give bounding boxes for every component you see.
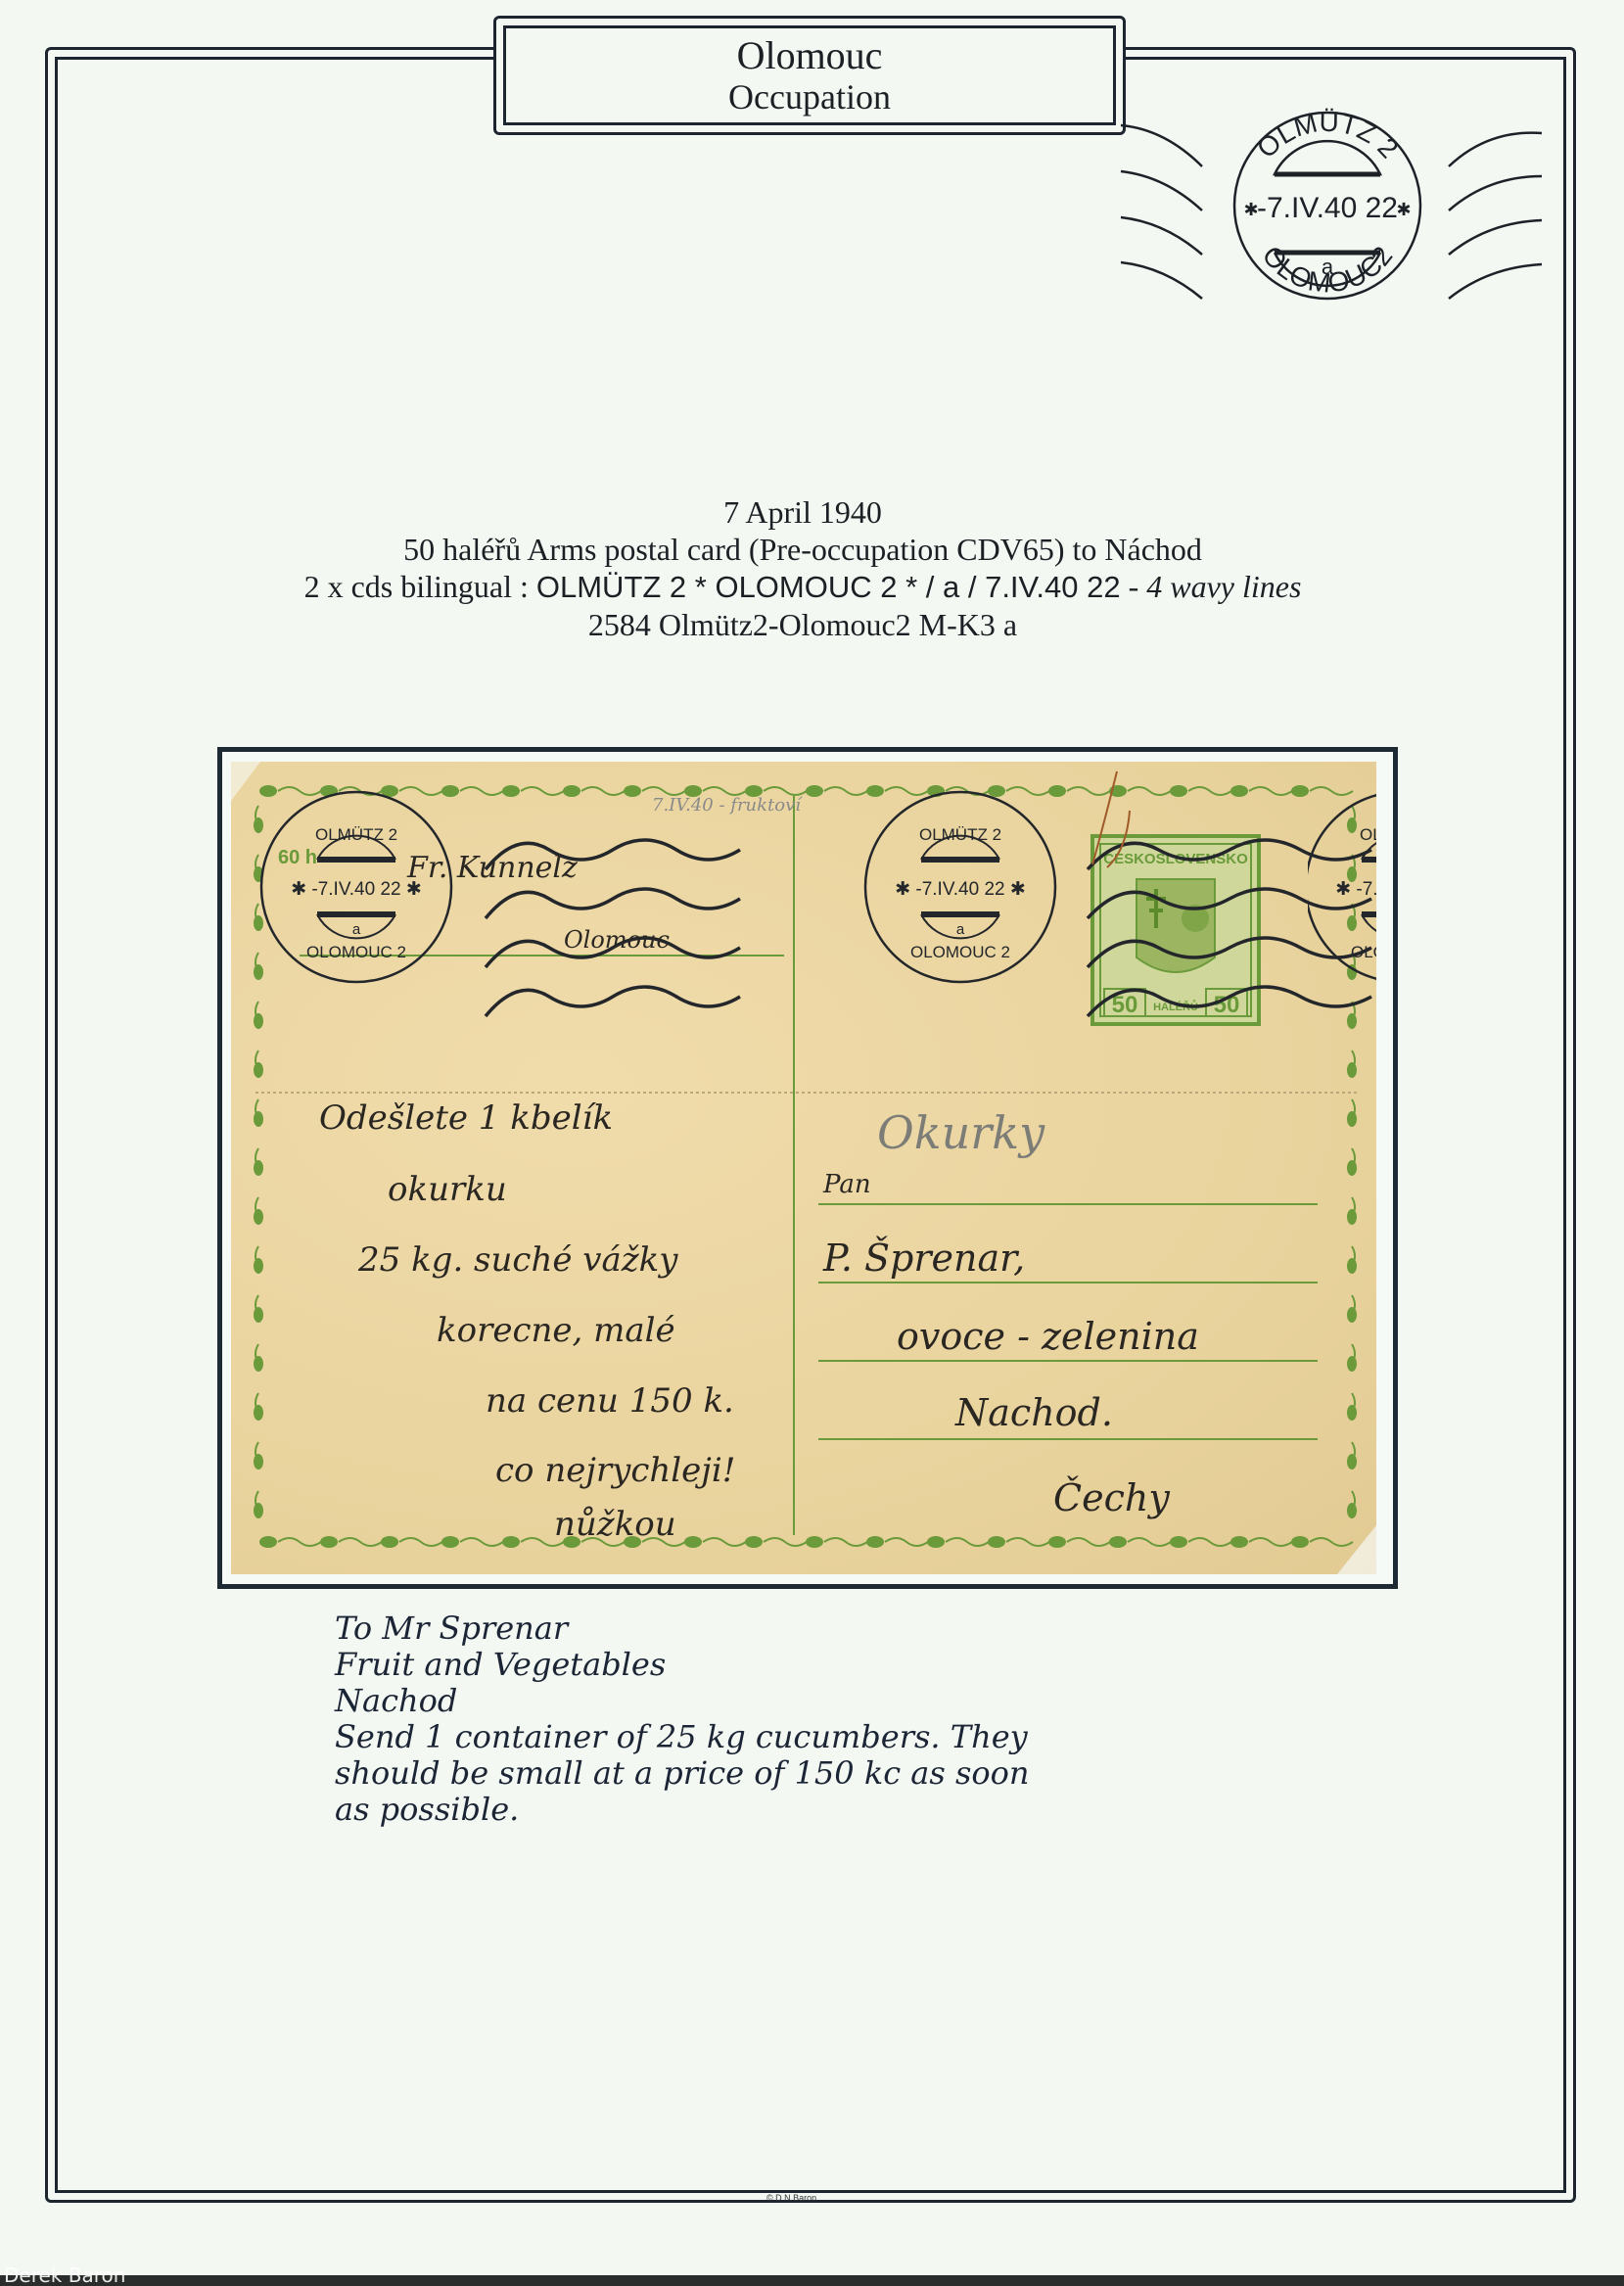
svg-text:okurku: okurku	[388, 1170, 507, 1209]
svg-text:nůžkou: nůžkou	[554, 1505, 676, 1544]
svg-text:OLOMOUC 2: OLOMOUC 2	[1351, 943, 1376, 961]
item-description: 7 April 1940 50 haléřů Arms postal card …	[98, 493, 1508, 643]
copyright: © D.N.Baron	[766, 2193, 816, 2203]
translation-line: Nachod	[335, 1683, 1216, 1719]
svg-text:60 h: 60 h	[278, 847, 317, 868]
description-date: 7 April 1940	[98, 493, 1508, 531]
svg-text:Olomouc: Olomouc	[564, 926, 670, 954]
svg-text:50: 50	[1214, 992, 1240, 1018]
svg-text:OLOMOUC 2: OLOMOUC 2	[910, 943, 1010, 961]
svg-text:a: a	[956, 921, 965, 938]
translation-line: Send 1 container of 25 kg cucumbers. The…	[335, 1719, 1216, 1755]
svg-text:OLOMOUC 2: OLOMOUC 2	[306, 943, 406, 961]
cds-cancel-center-icon: OLMÜTZ 2✱ -7.IV.40 22 ✱aOLOMOUC 2	[865, 792, 1055, 982]
svg-text:7.IV.40 - fruktoví: 7.IV.40 - fruktoví	[652, 795, 803, 816]
postal-card: 60 h ČESKOSLOVENSKO 50 50 HALÉŘŮ OLMÜTZ …	[231, 762, 1376, 1574]
svg-text:P. Šprenar,: P. Šprenar,	[822, 1236, 1025, 1280]
svg-text:-7.IV.40 22: -7.IV.40 22	[1257, 192, 1398, 224]
translation-line: should be small at a price of 150 kc as …	[335, 1755, 1216, 1792]
svg-text:korecne, malé: korecne, malé	[437, 1311, 675, 1350]
svg-text:Okurky: Okurky	[877, 1106, 1045, 1159]
svg-text:✱ -7.IV.40 22 ✱: ✱ -7.IV.40 22 ✱	[1335, 879, 1376, 900]
svg-text:Odešlete 1 kbelík: Odešlete 1 kbelík	[319, 1098, 613, 1138]
svg-text:Pan: Pan	[822, 1170, 871, 1199]
watermark: Derek Baron	[4, 2263, 125, 2286]
translation-line: To Mr Sprenar	[335, 1610, 1216, 1647]
description-cancel: 2 x cds bilingual : OLMÜTZ 2 * OLOMOUC 2…	[98, 568, 1508, 606]
svg-text:Čechy: Čechy	[1053, 1476, 1170, 1519]
wavy-lines-left-icon	[1121, 125, 1202, 299]
svg-text:Fr. Kunnelz: Fr. Kunnelz	[406, 851, 578, 885]
svg-text:OLMÜTZ 2: OLMÜTZ 2	[1251, 108, 1405, 163]
svg-text:ovoce - zelenina: ovoce - zelenina	[897, 1315, 1199, 1358]
description-item: 50 haléřů Arms postal card (Pre-occupati…	[98, 531, 1508, 568]
translation-line: Fruit and Vegetables	[335, 1647, 1216, 1683]
cds-cancel-left-icon: OLMÜTZ 2✱ -7.IV.40 22 ✱aOLOMOUC 2	[261, 792, 451, 982]
svg-text:Nachod.: Nachod.	[954, 1391, 1113, 1434]
svg-text:co nejrychleji!: co nejrychleji!	[495, 1451, 735, 1490]
svg-text:OLMÜTZ 2: OLMÜTZ 2	[919, 825, 1001, 844]
svg-text:25 kg. suché vážky: 25 kg. suché vážky	[357, 1240, 678, 1280]
svg-text:✱ -7.IV.40 22 ✱: ✱ -7.IV.40 22 ✱	[895, 879, 1026, 900]
description-catalogue: 2584 Olmütz2-Olomouc2 M-K3 a	[98, 606, 1508, 643]
translation-line: as possible.	[335, 1792, 1216, 1828]
svg-text:OLMÜTZ 2: OLMÜTZ 2	[1360, 825, 1376, 844]
title-box-inner: Olomouc Occupation	[503, 25, 1116, 125]
postmark-illustration: OLMÜTZ 2 OLOMOUC2 -7.IV.40 22 ✱ ✱ a	[1106, 108, 1576, 303]
page-subtitle: Occupation	[506, 77, 1113, 117]
wavy-lines-right-icon	[1449, 133, 1542, 299]
svg-text:a: a	[1322, 255, 1334, 279]
cancel-inscription: OLMÜTZ 2 * OLOMOUC 2 * / a / 7.IV.40 22	[536, 570, 1121, 604]
scan-edge	[0, 2275, 1624, 2286]
svg-text:na cenu 150 k.: na cenu 150 k.	[486, 1381, 734, 1421]
translation-text: To Mr Sprenar Fruit and Vegetables Nacho…	[335, 1610, 1216, 1828]
svg-text:a: a	[352, 921, 361, 938]
svg-text:✱: ✱	[1243, 200, 1258, 220]
page-title: Olomouc	[506, 34, 1113, 77]
wavy-lines-note: 4 wavy lines	[1146, 569, 1301, 604]
svg-text:OLMÜTZ 2: OLMÜTZ 2	[315, 825, 397, 844]
svg-text:✱ -7.IV.40 22 ✱: ✱ -7.IV.40 22 ✱	[291, 879, 422, 900]
svg-text:✱: ✱	[1396, 200, 1411, 220]
cds-icon: OLMÜTZ 2 OLOMOUC2 -7.IV.40 22 ✱ ✱ a	[1234, 108, 1420, 299]
